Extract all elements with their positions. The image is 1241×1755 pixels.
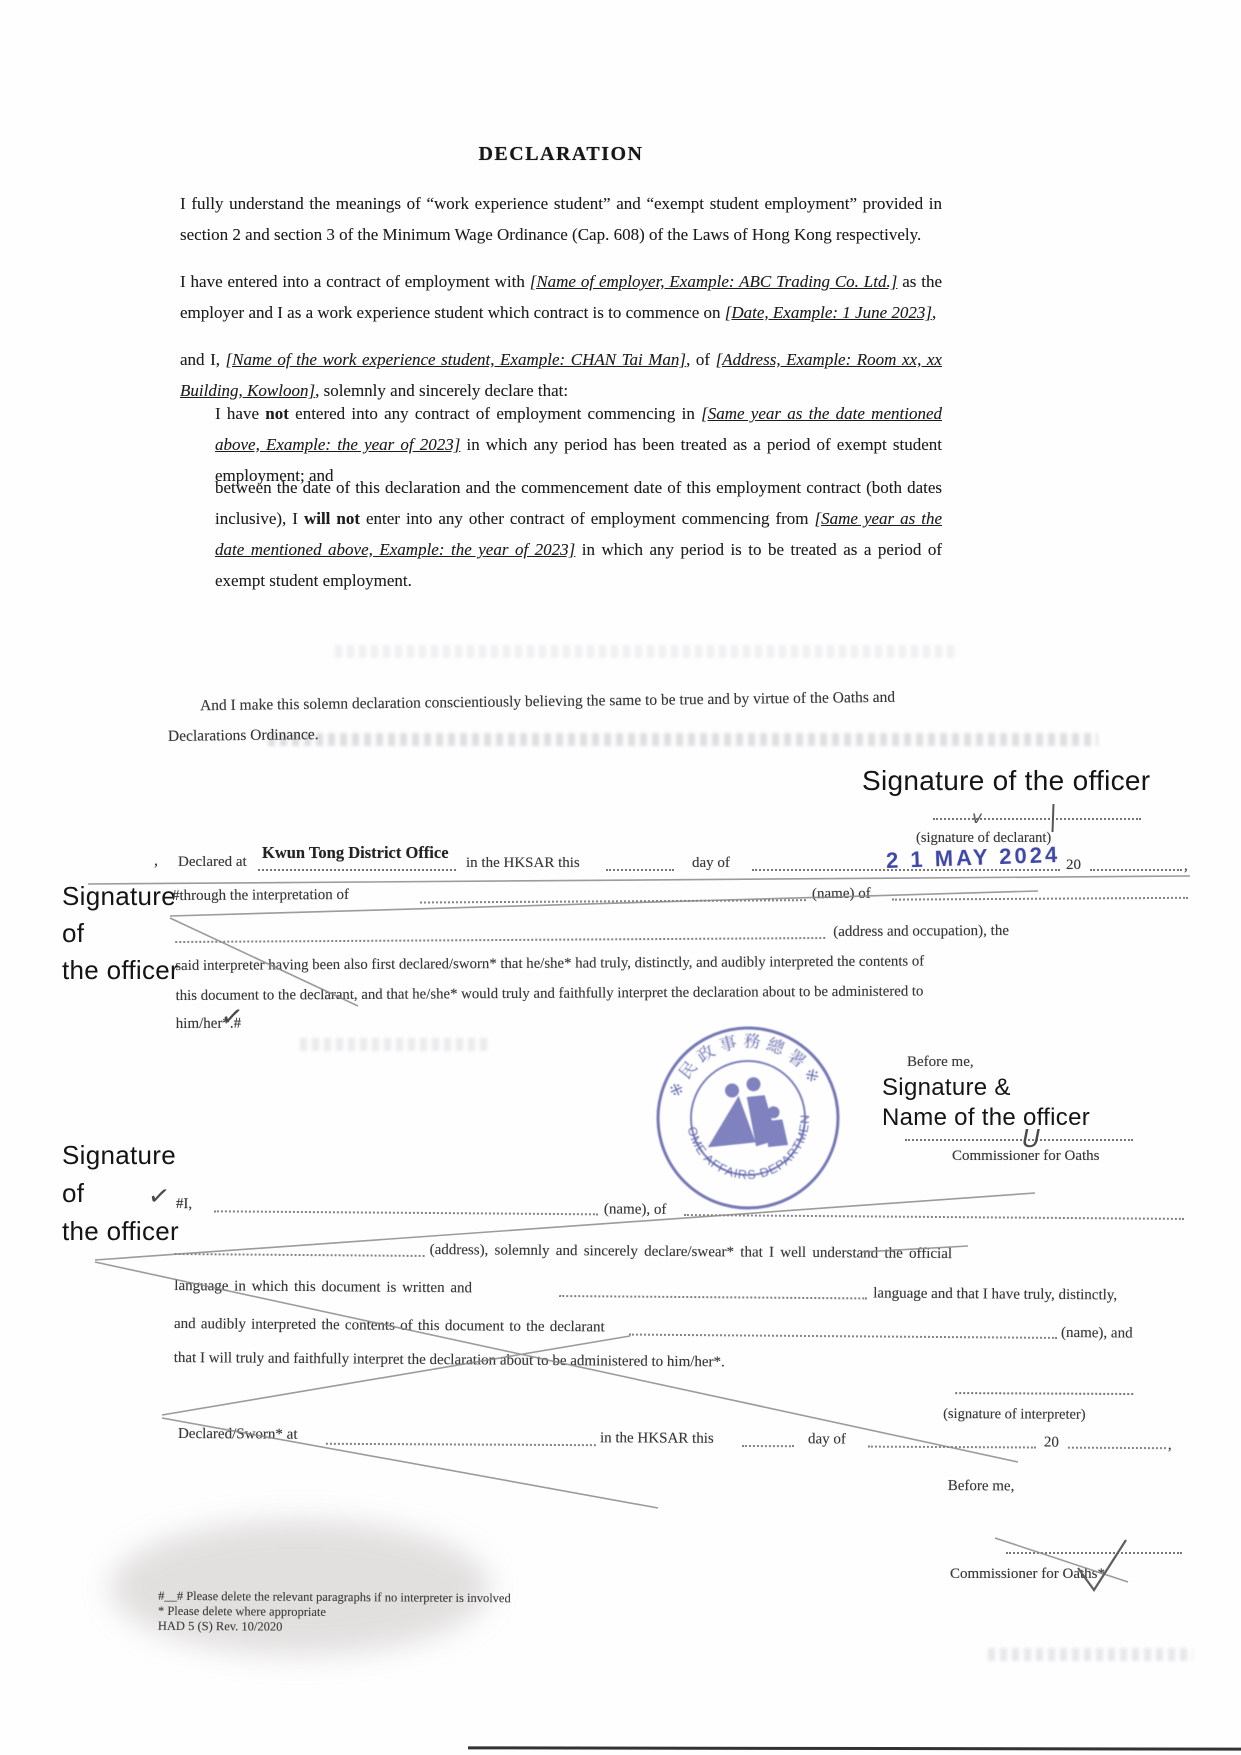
interpreter-signature-line: [955, 1392, 1133, 1395]
name-of-label: (name), of: [604, 1201, 667, 1218]
blank-line: [892, 897, 1188, 901]
name-of-label: (name) of: [812, 886, 871, 903]
annotation-signature-name-officer-line1: Signature &: [882, 1074, 1011, 1102]
bleedthrough-band: [300, 1038, 490, 1051]
comma-mark: ,: [154, 852, 158, 870]
commissioner-for-oaths-label-1: Commissioner for Oaths: [952, 1148, 1100, 1165]
fill-in-student-name: [Name of the work experience student, Ex…: [226, 350, 687, 369]
bleedthrough-band: [335, 645, 955, 658]
stamp-chinese-text: ※ 民 政 事 務 總 署 ※: [660, 1024, 825, 1102]
paragraph-text: enter into any other contract of employm…: [360, 509, 815, 528]
day-blank: [742, 1445, 794, 1447]
in-hksar-label: in the HKSAR this: [466, 855, 580, 872]
bleedthrough-band: [268, 733, 1098, 746]
solemn-declaration-line2: Declarations Ordinance.: [168, 726, 319, 746]
paragraph-text: I have: [215, 404, 265, 423]
stamp-logo-figures: [701, 1074, 788, 1153]
bleedthrough-band: [988, 1648, 1193, 1661]
blank-line: [684, 1214, 1184, 1220]
interpreter2-line5: that I will truly and faithfully interpr…: [174, 1350, 725, 1371]
address-occupation-label: (address and occupation), the: [833, 923, 1009, 941]
interpreter2-name-blank: [214, 1210, 598, 1215]
pen-mark-v: v: [972, 808, 982, 828]
annotation-line: of: [62, 1174, 179, 1212]
signature-of-interpreter-label: (signature of interpreter): [943, 1406, 1086, 1424]
address-blank: [175, 1253, 425, 1257]
trailing-comma-2: ,: [1168, 1437, 1172, 1454]
strikethrough-overlay: [0, 0, 1241, 1755]
annotation-line: Signature: [62, 878, 179, 915]
in-hksar-label-2: in the HKSAR this: [600, 1430, 714, 1448]
paragraph-3: and I, [Name of the work experience stud…: [180, 344, 942, 406]
paragraph-text: I have entered into a contract of employ…: [180, 272, 530, 291]
paragraph-text: , of: [686, 350, 716, 369]
place-blank: [326, 1443, 596, 1446]
paragraph-text: I fully understand the meanings of “work…: [180, 194, 942, 244]
annotation-line: Signature: [62, 1136, 179, 1174]
commissioner-signature-line: [1006, 1552, 1182, 1554]
interpreter-section-2: ✓ #I, (name), of (address), solemnly and…: [9, 0, 1241, 8]
before-me-label-1: Before me,: [907, 1054, 974, 1071]
month-blank: [868, 1446, 1036, 1449]
svg-text:※ 民 政 事 務 總 署 ※: ※ 民 政 事 務 總 署 ※: [660, 1024, 825, 1102]
year-prefix-2: 20: [1044, 1435, 1059, 1452]
address-blank-line: [175, 937, 825, 943]
paragraph-1: I fully understand the meanings of “work…: [180, 188, 942, 250]
fill-in-date: [Date, Example: 1 June 2023]: [725, 303, 932, 322]
paragraph-text: ,: [932, 303, 936, 322]
annotation-line: of: [62, 915, 179, 952]
interpreter-body-line3: said interpreter having been also first …: [175, 953, 924, 975]
paragraph-text: and I,: [180, 350, 226, 369]
interpreter2-line4a: and audibly interpreted the contents of …: [174, 1316, 605, 1336]
year-blank: [1068, 1447, 1166, 1450]
footer-notes: #__# Please delete the relevant paragrap…: [158, 1589, 511, 1636]
year-prefix: 20: [1066, 857, 1081, 874]
commissioner-for-oaths-label-2: Commissioner for Oaths*: [950, 1566, 1105, 1583]
bold-not: not: [265, 404, 289, 423]
language-blank: [559, 1295, 867, 1299]
officer-signature-line: [905, 1139, 1133, 1141]
interpretation-lead: #through the interpretation of: [172, 887, 349, 905]
checkmark: ✓: [219, 1000, 246, 1034]
paragraph-text: entered into any contract of employment …: [289, 404, 701, 423]
sworn-section: (signature of interpreter) Declared/Swor…: [7, 0, 1241, 6]
annotation-signature-name-officer-line2: Name of the officer: [882, 1104, 1090, 1132]
paragraph-2: I have entered into a contract of employ…: [180, 266, 942, 328]
fill-in-employer-name: [Name of employer, Example: ABC Trading …: [530, 272, 898, 291]
interpreter-section-1: #through the interpretation of (name) of…: [0, 0, 1235, 1]
annotation-line: the officer: [62, 1212, 179, 1250]
annotation-signature-of-officer-top: Signature of the officer: [862, 765, 1150, 797]
interpreter-name-blank: [420, 899, 806, 903]
page-title: DECLARATION: [180, 143, 942, 166]
annotation-signature-of-officer-left1: Signature of the officer: [62, 878, 179, 989]
declarant-name-blank: [629, 1334, 1057, 1339]
trailing-comma: ,: [1184, 858, 1188, 875]
declared-sworn-at-label: Declared/Sworn* at: [178, 1426, 298, 1444]
scanned-declaration-page: DECLARATION I fully understand the meani…: [0, 0, 1241, 1755]
annotation-line: the officer: [62, 952, 179, 989]
declared-at-label: Declared at: [178, 854, 247, 871]
bold-will-not: will not: [304, 509, 360, 528]
annotation-signature-of-officer-left2: Signature of the officer: [62, 1136, 179, 1250]
solemn-declaration-line1: And I make this solemn declaration consc…: [200, 689, 895, 715]
place-blank-line: [258, 869, 456, 871]
day-of-label-2: day of: [808, 1431, 846, 1448]
footer-note-3: HAD 5 (S) Rev. 10/2020: [158, 1619, 511, 1636]
day-of-label: day of: [692, 855, 730, 872]
interpreter2-line4b: (name), and: [1061, 1325, 1133, 1343]
scan-edge-line: [468, 1746, 1241, 1750]
interpreter2-line3b: language and that I have truly, distinct…: [873, 1285, 1117, 1304]
interpreter-body-line4: this document to the declarant, and that…: [176, 983, 924, 1005]
day-blank-line: [606, 869, 674, 871]
year-blank-line: [1090, 869, 1182, 871]
sub-paragraph-2: between the date of this declaration and…: [215, 472, 942, 596]
declarant-signature-line: [933, 818, 1141, 820]
home-affairs-department-stamp: ※ 民 政 事 務 總 署 ※ HOME AFFAIRS DEPARTMENT: [644, 1014, 853, 1223]
interpreter2-line3a: language in which this document is writt…: [174, 1278, 472, 1297]
before-me-label-2: Before me,: [948, 1478, 1015, 1495]
interpreter2-line2: (address), solemnly and sincerely declar…: [430, 1242, 953, 1263]
district-office-name: Kwun Tong District Office: [262, 843, 449, 863]
